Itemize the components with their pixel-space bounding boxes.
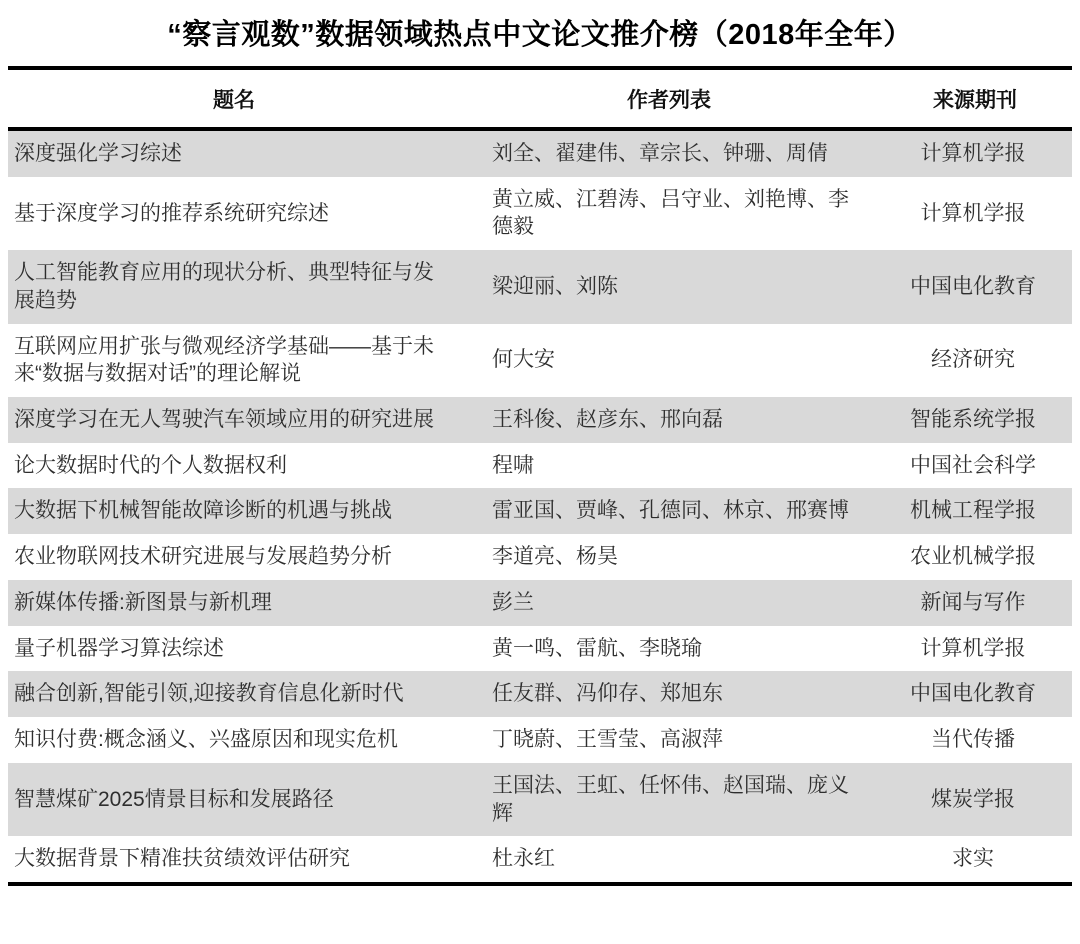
papers-table: 题名 作者列表 来源期刊 深度强化学习综述刘全、翟建伟、章宗长、钟珊、周倩计算机… — [8, 66, 1072, 886]
paper-authors-cell: 任友群、冯仰存、郑旭东 — [460, 671, 878, 717]
paper-authors-cell: 刘全、翟建伟、章宗长、钟珊、周倩 — [460, 129, 878, 177]
paper-authors-cell: 王科俊、赵彦东、邢向磊 — [460, 397, 878, 443]
paper-journal-cell: 中国电化教育 — [878, 671, 1072, 717]
table-row: 互联网应用扩张与微观经济学基础——基于未来“数据与数据对话”的理论解说何大安经济… — [8, 324, 1072, 397]
paper-authors-cell: 杜永红 — [460, 836, 878, 884]
paper-journal-cell: 计算机学报 — [878, 129, 1072, 177]
paper-title-cell: 人工智能教育应用的现状分析、典型特征与发展趋势 — [8, 250, 460, 323]
paper-title-cell: 大数据背景下精准扶贫绩效评估研究 — [8, 836, 460, 884]
paper-authors-cell: 王国法、王虹、任怀伟、赵国瑞、庞义辉 — [460, 763, 878, 836]
paper-title-cell: 深度强化学习综述 — [8, 129, 460, 177]
paper-authors-cell: 丁晓蔚、王雪莹、高淑萍 — [460, 717, 878, 763]
paper-title-cell: 互联网应用扩张与微观经济学基础——基于未来“数据与数据对话”的理论解说 — [8, 324, 460, 397]
paper-authors-cell: 程啸 — [460, 443, 878, 489]
paper-title-cell: 智慧煤矿2025情景目标和发展路径 — [8, 763, 460, 836]
paper-journal-cell: 智能系统学报 — [878, 397, 1072, 443]
paper-authors-cell: 梁迎丽、刘陈 — [460, 250, 878, 323]
table-row: 深度学习在无人驾驶汽车领域应用的研究进展王科俊、赵彦东、邢向磊智能系统学报 — [8, 397, 1072, 443]
paper-journal-cell: 煤炭学报 — [878, 763, 1072, 836]
page: “察言观数”数据领域热点中文论文推介榜（2018年全年） 题名 作者列表 来源期… — [8, 0, 1072, 886]
paper-journal-cell: 当代传播 — [878, 717, 1072, 763]
paper-title-cell: 知识付费:概念涵义、兴盛原因和现实危机 — [8, 717, 460, 763]
table-row: 深度强化学习综述刘全、翟建伟、章宗长、钟珊、周倩计算机学报 — [8, 129, 1072, 177]
paper-journal-cell: 机械工程学报 — [878, 488, 1072, 534]
paper-journal-cell: 求实 — [878, 836, 1072, 884]
paper-title-cell: 融合创新,智能引领,迎接教育信息化新时代 — [8, 671, 460, 717]
papers-table-header: 题名 作者列表 来源期刊 — [8, 68, 1072, 129]
paper-journal-cell: 农业机械学报 — [878, 534, 1072, 580]
header-row: 题名 作者列表 来源期刊 — [8, 68, 1072, 129]
paper-title-cell: 量子机器学习算法综述 — [8, 626, 460, 672]
paper-title-cell: 深度学习在无人驾驶汽车领域应用的研究进展 — [8, 397, 460, 443]
table-row: 知识付费:概念涵义、兴盛原因和现实危机丁晓蔚、王雪莹、高淑萍当代传播 — [8, 717, 1072, 763]
table-row: 量子机器学习算法综述黄一鸣、雷航、李晓瑜计算机学报 — [8, 626, 1072, 672]
paper-title-cell: 基于深度学习的推荐系统研究综述 — [8, 177, 460, 250]
paper-authors-cell: 黄立威、江碧涛、吕守业、刘艳博、李德毅 — [460, 177, 878, 250]
table-row: 基于深度学习的推荐系统研究综述黄立威、江碧涛、吕守业、刘艳博、李德毅计算机学报 — [8, 177, 1072, 250]
page-title: “察言观数”数据领域热点中文论文推介榜（2018年全年） — [8, 12, 1072, 53]
paper-journal-cell: 计算机学报 — [878, 177, 1072, 250]
paper-journal-cell: 新闻与写作 — [878, 580, 1072, 626]
column-header-authors: 作者列表 — [460, 68, 878, 129]
column-header-title: 题名 — [8, 68, 460, 129]
paper-title-cell: 农业物联网技术研究进展与发展趋势分析 — [8, 534, 460, 580]
paper-authors-cell: 黄一鸣、雷航、李晓瑜 — [460, 626, 878, 672]
column-header-journal: 来源期刊 — [878, 68, 1072, 129]
table-row: 农业物联网技术研究进展与发展趋势分析李道亮、杨昊农业机械学报 — [8, 534, 1072, 580]
table-row: 大数据下机械智能故障诊断的机遇与挑战雷亚国、贾峰、孔德同、林京、邢赛博机械工程学… — [8, 488, 1072, 534]
paper-authors-cell: 彭兰 — [460, 580, 878, 626]
paper-authors-cell: 李道亮、杨昊 — [460, 534, 878, 580]
paper-journal-cell: 经济研究 — [878, 324, 1072, 397]
paper-title-cell: 新媒体传播:新图景与新机理 — [8, 580, 460, 626]
table-row: 新媒体传播:新图景与新机理彭兰新闻与写作 — [8, 580, 1072, 626]
paper-journal-cell: 中国社会科学 — [878, 443, 1072, 489]
paper-journal-cell: 计算机学报 — [878, 626, 1072, 672]
paper-authors-cell: 何大安 — [460, 324, 878, 397]
paper-title-cell: 论大数据时代的个人数据权利 — [8, 443, 460, 489]
table-row: 人工智能教育应用的现状分析、典型特征与发展趋势梁迎丽、刘陈中国电化教育 — [8, 250, 1072, 323]
paper-title-cell: 大数据下机械智能故障诊断的机遇与挑战 — [8, 488, 460, 534]
table-row: 智慧煤矿2025情景目标和发展路径王国法、王虹、任怀伟、赵国瑞、庞义辉煤炭学报 — [8, 763, 1072, 836]
table-row: 论大数据时代的个人数据权利程啸中国社会科学 — [8, 443, 1072, 489]
papers-table-body: 深度强化学习综述刘全、翟建伟、章宗长、钟珊、周倩计算机学报基于深度学习的推荐系统… — [8, 129, 1072, 884]
table-row: 融合创新,智能引领,迎接教育信息化新时代任友群、冯仰存、郑旭东中国电化教育 — [8, 671, 1072, 717]
table-row: 大数据背景下精准扶贫绩效评估研究杜永红求实 — [8, 836, 1072, 884]
paper-authors-cell: 雷亚国、贾峰、孔德同、林京、邢赛博 — [460, 488, 878, 534]
paper-journal-cell: 中国电化教育 — [878, 250, 1072, 323]
